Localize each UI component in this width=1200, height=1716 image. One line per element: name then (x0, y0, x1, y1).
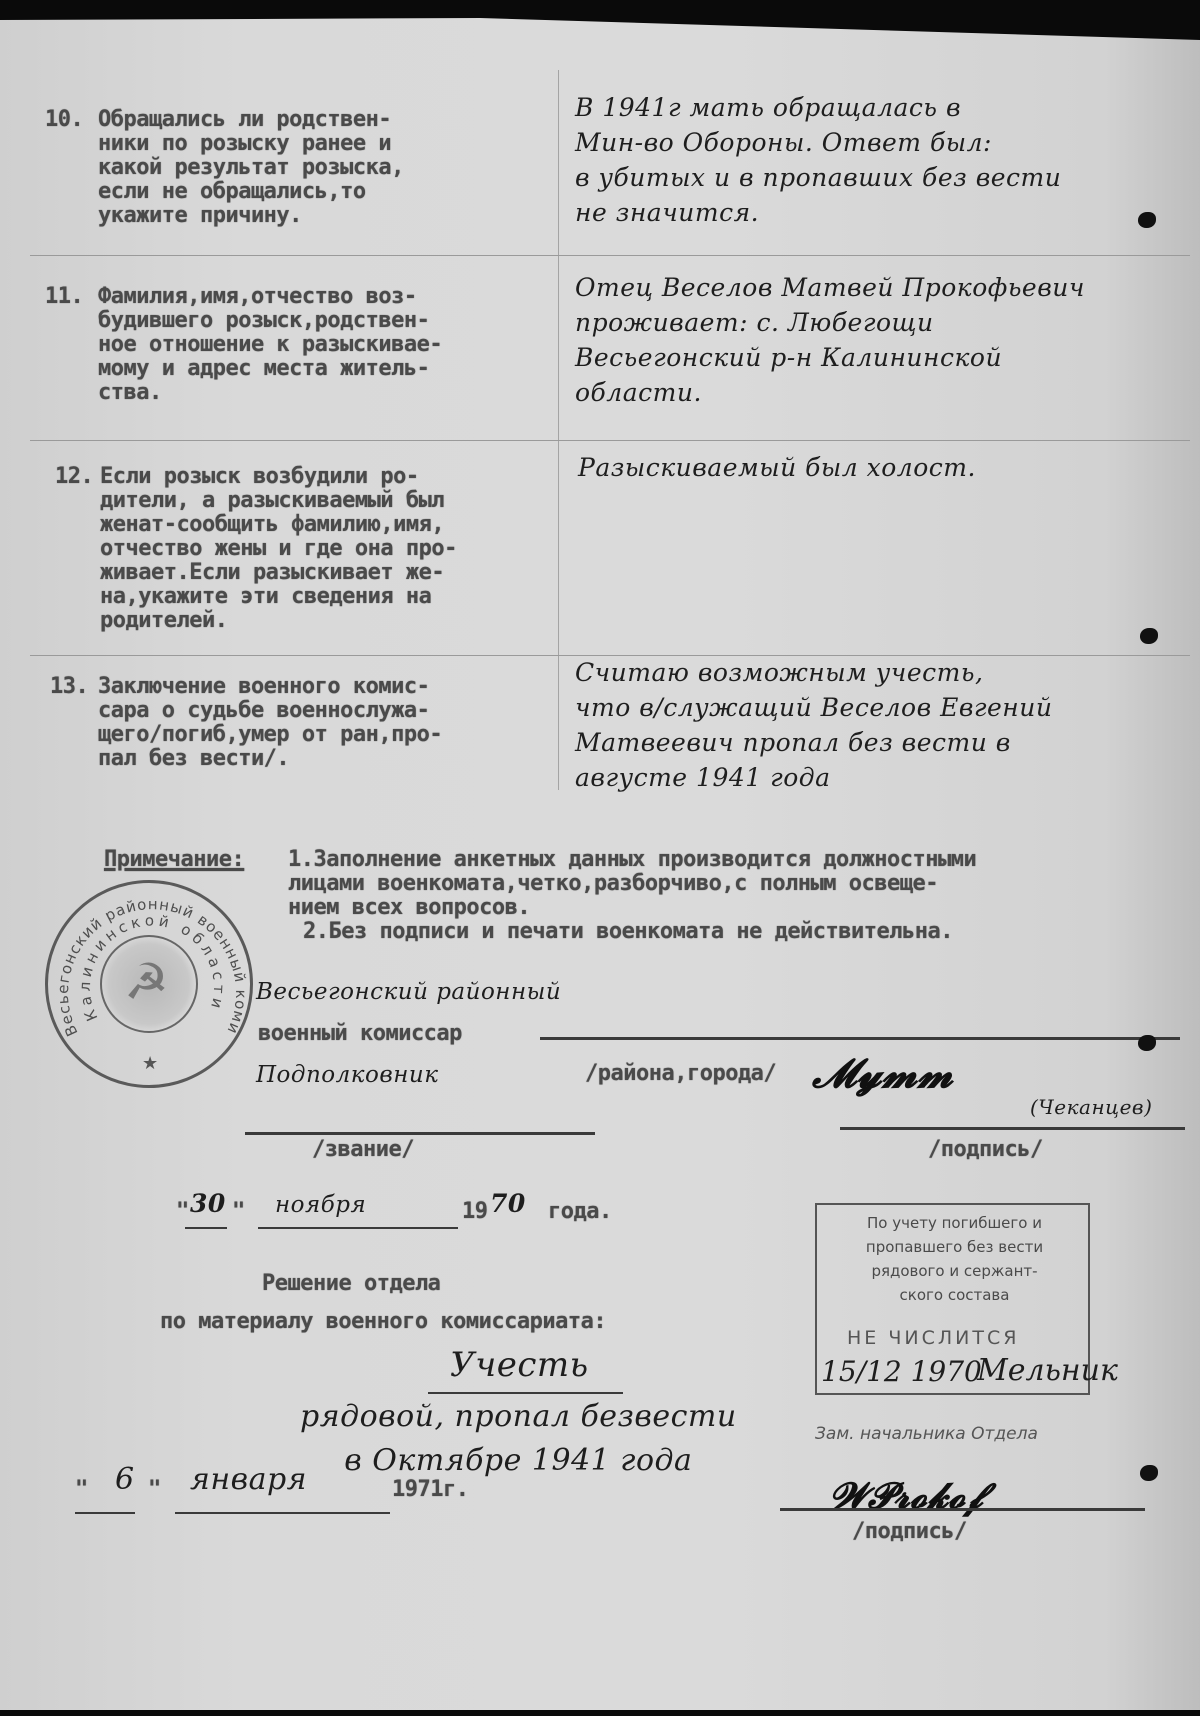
deputy-label: Зам. начальника Отдела (815, 1424, 1038, 1444)
decision-details: рядовой, пропал безвести в Октябре 1941 … (300, 1395, 737, 1483)
punch-hole (1138, 212, 1156, 228)
deputy-signature-label: /подпись/ (852, 1520, 967, 1544)
commissar-date-day: 30 (190, 1186, 226, 1221)
decision-date-day: 6 (115, 1462, 135, 1497)
column-divider (558, 70, 559, 790)
decision-title: Решение отдела (262, 1272, 440, 1296)
commissar-date-month: ноября (275, 1188, 366, 1223)
section-11-answer: Отец Веселов Матвей Прокофьевич проживае… (575, 270, 1085, 410)
box-stamp-signature: Мельник (977, 1353, 1118, 1388)
row-divider (30, 440, 1190, 441)
section-10-answer: В 1941г мать обращалась в Мин-во Обороны… (575, 90, 1061, 230)
note-label: Примечание: (104, 848, 244, 872)
punch-hole (1140, 1465, 1158, 1481)
box-stamp-text: По учету погибшего и пропавшего без вест… (827, 1211, 1082, 1307)
verdict-underline (428, 1392, 623, 1394)
box-stamp-date: 15/12 1970 (821, 1355, 982, 1388)
section-11-number: 11. (45, 285, 83, 309)
section-10-question: Обращались ли родствен- ники по розыску … (98, 108, 404, 228)
decision-subtitle: по материалу военного комиссариата: (160, 1310, 606, 1334)
note-item-2: 2.Без подписи и печати военкомата не дей… (303, 920, 953, 944)
deputy-signature-line (780, 1508, 1145, 1511)
day-underline (185, 1227, 227, 1229)
star-icon: ★ (142, 1053, 158, 1074)
decision-date-quote-open: " (75, 1478, 88, 1502)
decision-day-underline (75, 1512, 135, 1514)
deputy-signature: 𝓦𝓟𝓻𝓸𝓴𝓸𝓯 (830, 1475, 983, 1518)
section-12-answer: Разыскиваемый был холост. (578, 450, 976, 485)
district-line (540, 1037, 1180, 1040)
commissar-signature: 𝓜𝔂𝓶𝓶 (812, 1050, 953, 1097)
commissar-name: (Чеканцев) (1030, 1090, 1152, 1125)
section-13-question: Заключение военного комис- сара о судьбе… (98, 675, 442, 771)
decision-date-year: 1971г. (392, 1478, 468, 1502)
month-underline (258, 1227, 458, 1229)
decision-date-quote-close: " (148, 1478, 161, 1502)
punch-hole (1138, 1035, 1156, 1051)
registry-box-stamp: По учету погибшего и пропавшего без вест… (815, 1203, 1090, 1395)
district-label: /района,города/ (585, 1062, 776, 1086)
decision-month-underline (175, 1512, 390, 1514)
commissariat-round-stamp: Весьегонский районный военный комиссариа… (45, 880, 253, 1088)
section-13-number: 13. (50, 675, 88, 699)
commissar-date-year-prefix: 19 (462, 1200, 488, 1224)
section-11-question: Фамилия,имя,отчество воз- будившего розы… (98, 285, 442, 405)
row-divider (30, 255, 1190, 256)
commissar-district-handwritten: Весьегонский районный (256, 975, 561, 1010)
hammer-sickle-icon: ☭ (124, 953, 169, 1011)
commissar-date-year-suffix: 70 (490, 1186, 526, 1221)
signature-line (840, 1127, 1185, 1130)
date-quote-close: " (232, 1200, 245, 1224)
section-10-number: 10. (45, 108, 83, 132)
date-quote-open: " (176, 1200, 189, 1224)
section-13-answer: Считаю возможным учесть, что в/служащий … (575, 655, 1052, 795)
signature-label: /подпись/ (928, 1138, 1043, 1162)
commissar-rank-handwritten: Подполковник (256, 1058, 438, 1093)
rank-label: /звание/ (312, 1138, 414, 1162)
note-item-1: 1.Заполнение анкетных данных производитс… (288, 848, 976, 920)
commissar-date-suffix: года. (548, 1200, 612, 1224)
punch-hole (1140, 628, 1158, 644)
section-12-question: Если розыск возбудили ро- дители, а разы… (100, 465, 457, 633)
section-12-number: 12. (55, 465, 93, 489)
rank-line (245, 1132, 595, 1135)
decision-date-month: января (190, 1462, 307, 1497)
commissar-title: военный комиссар (258, 1022, 462, 1046)
box-stamp-status: НЕ ЧИСЛИТСЯ (847, 1327, 1019, 1349)
decision-verdict: Учесть (450, 1345, 589, 1385)
